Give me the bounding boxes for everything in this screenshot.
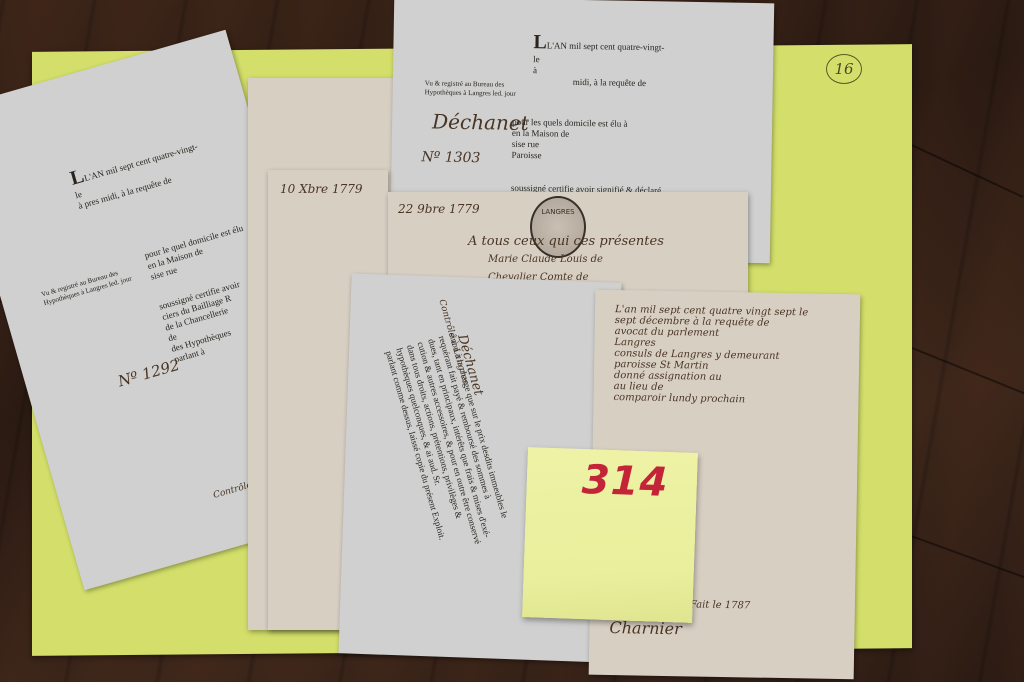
photo-scene: { "scene": { "description": "Photograph … — [0, 0, 1024, 682]
letter-date: 22 9bre 1779 — [398, 202, 480, 216]
print-header: L'AN mil sept cent quatre-vingt- — [547, 40, 665, 52]
registry-note: Vu & registré au Bureau des Hypothèques … — [40, 261, 151, 309]
registry-note: Vu & registré au Bureau des Hypothèques … — [425, 79, 525, 99]
folder-number: 16 — [826, 54, 862, 84]
document-number: Nº 1292 — [116, 356, 182, 391]
sticky-note: 314 — [522, 447, 698, 623]
document-number: Nº 1303 — [421, 149, 480, 166]
letter-date: 10 Xbre 1779 — [280, 182, 363, 196]
sticky-note-number: 314 — [581, 457, 669, 506]
letter-opening: A tous ceux qui ces présentes — [468, 234, 664, 249]
